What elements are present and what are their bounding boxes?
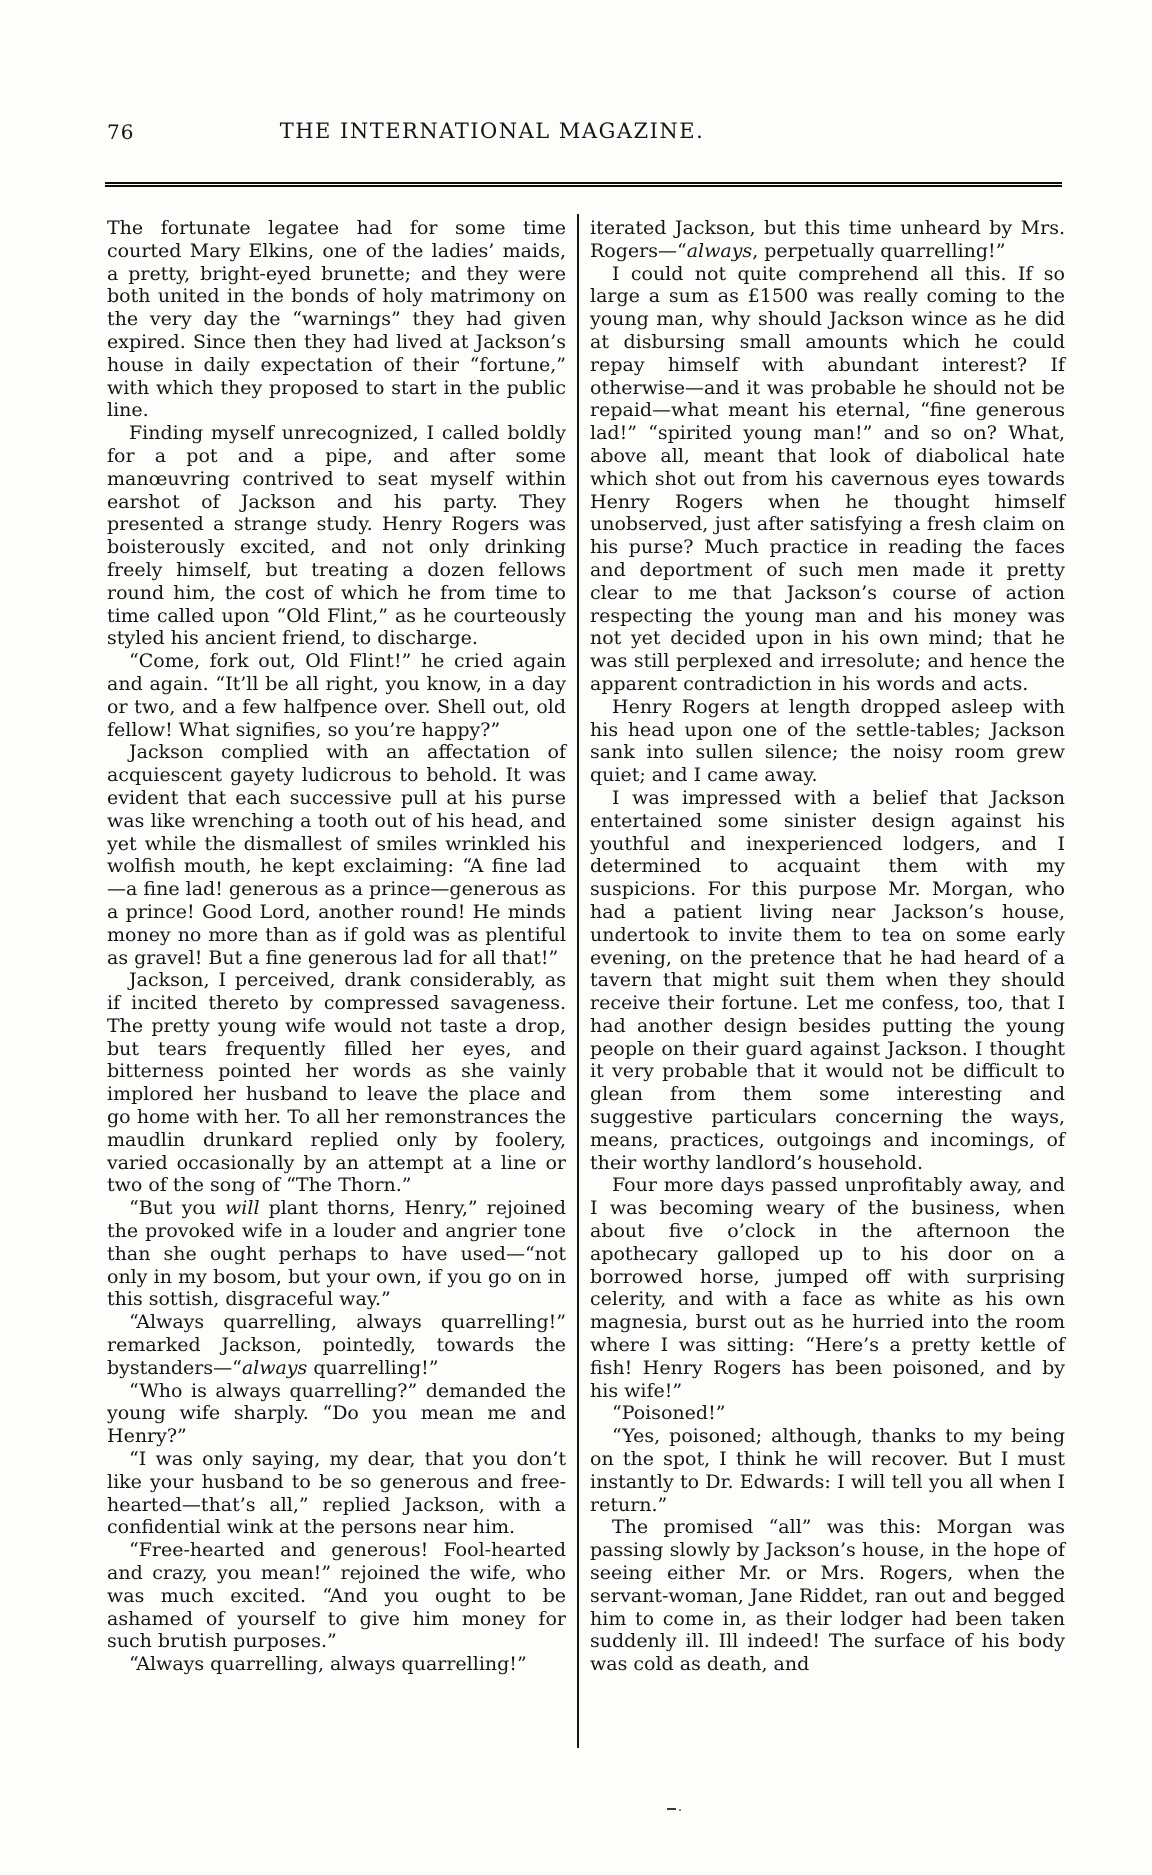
ink-speck (667, 1808, 676, 1810)
paragraph: The fortunate legatee had for some time … (107, 217, 566, 422)
italic-text-run: always (242, 1357, 307, 1379)
paragraph: The promised “all” was this: Morgan was … (590, 1516, 1065, 1676)
text-run: , perpetually quarrelling!” (752, 240, 1005, 262)
text-run: “Who is always quarrelling?” demanded th… (107, 1380, 566, 1448)
text-run: “Poisoned!” (612, 1402, 725, 1424)
paragraph: “But you will plant thorns, Henry,” rejo… (107, 1197, 566, 1311)
italic-text-run: always (687, 240, 752, 262)
header-rule (105, 182, 1062, 187)
text-run: I could not quite comprehend all this. I… (590, 263, 1065, 695)
left-column: The fortunate legatee had for some time … (107, 217, 566, 1676)
paragraph: Jackson complied with an affectation of … (107, 741, 566, 969)
right-column: iterated Jackson, but this time unheard … (590, 217, 1065, 1676)
paragraph: “Free-hearted and generous! Fool-hearted… (107, 1539, 566, 1653)
text-run: Henry Rogers at length dropped asleep wi… (590, 696, 1065, 786)
paragraph: “I was only saying, my dear, that you do… (107, 1448, 566, 1539)
paragraph: “Come, fork out, Old Flint!” he cried ag… (107, 650, 566, 741)
paragraph: Henry Rogers at length dropped asleep wi… (590, 696, 1065, 787)
text-run: “Free-hearted and generous! Fool-hearted… (107, 1539, 566, 1652)
paragraph: iterated Jackson, but this time unheard … (590, 217, 1065, 263)
text-run: Jackson complied with an affectation of … (107, 741, 566, 968)
text-run: “Always quarrelling, always quarrelling!… (129, 1653, 527, 1675)
text-run: “Come, fork out, Old Flint!” he cried ag… (107, 650, 566, 740)
text-run: I was impressed with a belief that Jacks… (590, 787, 1065, 1174)
paragraph: Four more days passed unprofitably away,… (590, 1174, 1065, 1402)
magazine-title: THE INTERNATIONAL MAGAZINE. (280, 119, 705, 143)
paragraph: I was impressed with a belief that Jacks… (590, 787, 1065, 1175)
paragraph: “Yes, poisoned; although, thanks to my b… (590, 1425, 1065, 1516)
text-run: The promised “all” was this: Morgan was … (590, 1516, 1065, 1675)
text-run: “But you (129, 1197, 225, 1219)
paragraph: Jackson, I perceived, drank considerably… (107, 969, 566, 1197)
italic-text-run: will (225, 1197, 260, 1219)
text-run: “I was only saying, my dear, that you do… (107, 1448, 566, 1538)
paragraph: “Poisoned!” (590, 1402, 1065, 1425)
paragraph: Finding myself unrecognized, I called bo… (107, 422, 566, 650)
text-run: Finding myself unrecognized, I called bo… (107, 422, 566, 649)
paragraph: “Always quarrelling, always quarrelling!… (107, 1653, 566, 1676)
text-run: “Yes, poisoned; although, thanks to my b… (590, 1425, 1065, 1515)
text-run: Jackson, I perceived, drank considerably… (107, 969, 566, 1196)
column-divider (577, 214, 579, 1748)
text-run: quarrelling!” (307, 1357, 438, 1379)
paragraph: “Always quarrelling, always quarrelling!… (107, 1311, 566, 1379)
paragraph: “Who is always quarrelling?” demanded th… (107, 1380, 566, 1448)
paragraph: I could not quite comprehend all this. I… (590, 263, 1065, 696)
magazine-page: 76 THE INTERNATIONAL MAGAZINE. The fortu… (0, 0, 1152, 1875)
page-number: 76 (107, 120, 134, 144)
text-run: The fortunate legatee had for some time … (107, 217, 566, 421)
text-run: Four more days passed unprofitably away,… (590, 1174, 1065, 1401)
